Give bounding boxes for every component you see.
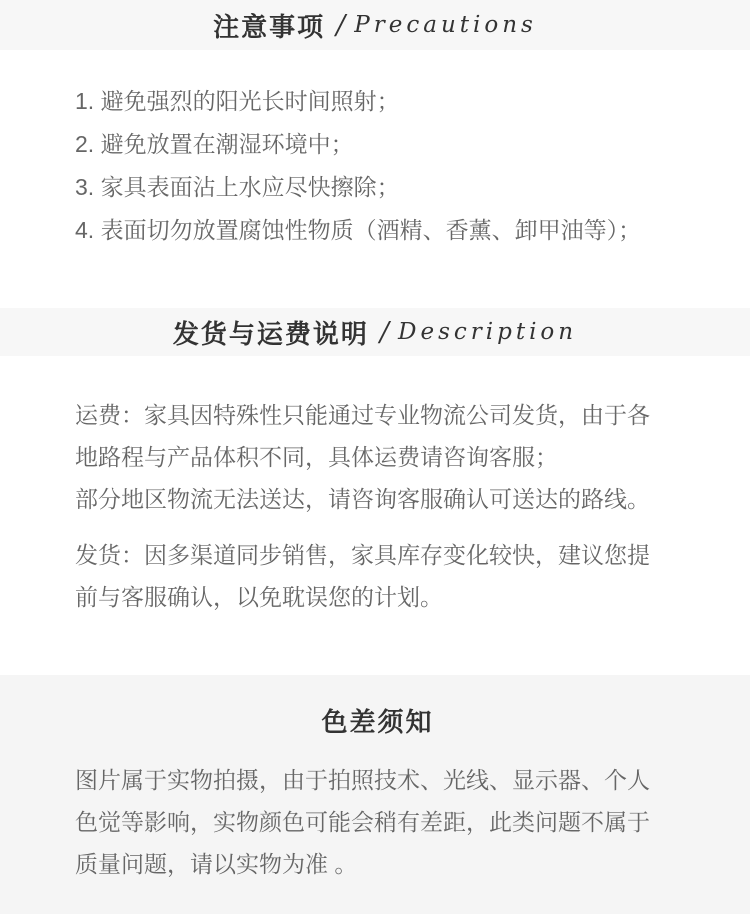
precautions-title-en: Precautions <box>354 12 537 38</box>
precautions-section: 注意事项 / Precautions 1. 避免强烈的阳光长时间照射； 2. 避… <box>0 0 750 308</box>
precautions-title-cn: 注意事项 <box>213 7 325 44</box>
freight-line: 运费：家具因特殊性只能通过专业物流公司发货，由于各 <box>75 394 680 436</box>
shipping-body: 运费：家具因特殊性只能通过专业物流公司发货，由于各 地路程与产品体积不同，具体运… <box>0 356 750 675</box>
shipping-section: 发货与运费说明 / Description 运费：家具因特殊性只能通过专业物流公… <box>0 308 750 675</box>
title-separator: / <box>380 317 389 348</box>
color-notice-line: 图片属于实物拍摄，由于拍照技术、光线、显示器、个人 <box>75 759 680 801</box>
color-notice-line: 色觉等影响，实物颜色可能会稍有差距，此类问题不属于 <box>75 801 680 843</box>
freight-line: 部分地区物流无法送达，请咨询客服确认可送达的路线。 <box>75 478 680 520</box>
freight-line: 地路程与产品体积不同，具体运费请咨询客服； <box>75 436 680 478</box>
dispatch-line: 前与客服确认，以免耽误您的计划。 <box>75 576 680 618</box>
color-difference-notice: 色差须知 图片属于实物拍摄，由于拍照技术、光线、显示器、个人 色觉等影响，实物颜… <box>0 675 750 914</box>
shipping-title-en: Description <box>398 319 577 345</box>
dispatch-paragraph: 发货：因多渠道同步销售，家具库存变化较快，建议您提 前与客服确认，以免耽误您的计… <box>75 534 680 618</box>
title-separator: / <box>336 10 345 41</box>
precaution-item: 1. 避免强烈的阳光长时间照射； <box>75 80 680 123</box>
shipping-title-cn: 发货与运费说明 <box>173 314 369 351</box>
precaution-item: 3. 家具表面沾上水应尽快擦除； <box>75 166 680 209</box>
precaution-item: 4. 表面切勿放置腐蚀性物质（酒精、香薰、卸甲油等）； <box>75 209 680 252</box>
color-notice-title: 色差须知 <box>75 705 680 739</box>
color-notice-body: 图片属于实物拍摄，由于拍照技术、光线、显示器、个人 色觉等影响，实物颜色可能会稍… <box>75 759 680 885</box>
precaution-item: 2. 避免放置在潮湿环境中； <box>75 123 680 166</box>
color-notice-line: 质量问题，请以实物为准 。 <box>75 843 680 885</box>
precautions-header: 注意事项 / Precautions <box>0 0 750 50</box>
dispatch-line: 发货：因多渠道同步销售，家具库存变化较快，建议您提 <box>75 534 680 576</box>
freight-paragraph: 运费：家具因特殊性只能通过专业物流公司发货，由于各 地路程与产品体积不同，具体运… <box>75 394 680 520</box>
shipping-header: 发货与运费说明 / Description <box>0 308 750 356</box>
precautions-list: 1. 避免强烈的阳光长时间照射； 2. 避免放置在潮湿环境中； 3. 家具表面沾… <box>0 50 750 308</box>
